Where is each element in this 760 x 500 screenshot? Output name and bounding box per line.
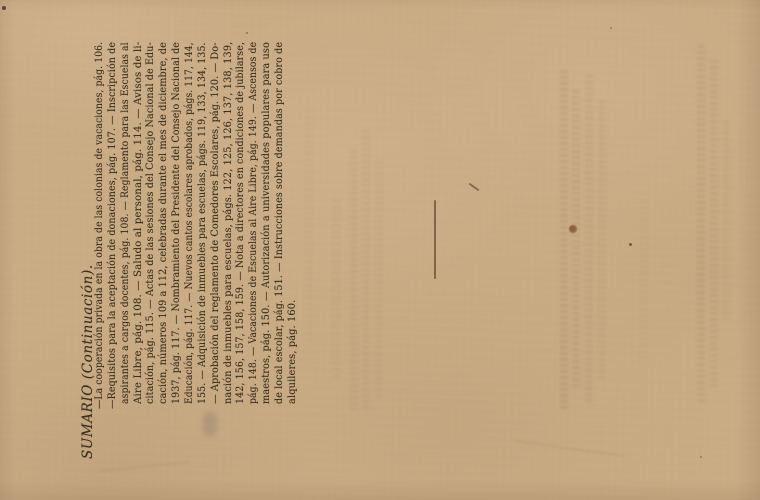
toc-line-16: alquileres, pág. 160.: [287, 42, 300, 409]
toc-line-9: 155. — Adquisición de inmuebles para esc…: [197, 42, 210, 409]
toc-line-11: nación de inmuebles para escuelas, págs.…: [223, 42, 236, 409]
toc-line-1: —La cooperación privada en la obra de la…: [94, 42, 107, 409]
separator-rule: [434, 200, 436, 279]
toc-line-14: maestros, pág. 150. — Autorización a uni…: [261, 42, 274, 409]
toc-line-15: de local escolar, pág. 151. — Instruccio…: [274, 42, 287, 409]
toc-line-7: 1937, pág. 117. — Nombramiento del Presi…: [171, 42, 184, 409]
scanned-book-page: SUMARIO (Continuación). —La cooperación …: [0, 0, 760, 500]
toc-line-4: Aire Libre, pág. 108. — Saludo al person…: [133, 42, 146, 409]
toc-line-8: Educación, pág. 117. — Nuevos cantos esc…: [184, 42, 197, 409]
toc-line-5: citación, pág. 115. — Actas de las sesio…: [145, 42, 158, 409]
toc-line-6: cación, números 109 a 112, celebradas du…: [158, 42, 171, 409]
toc-line-12: 142, 156, 157, 158, 159. — Nota a direct…: [235, 42, 248, 409]
summary-paragraph: —La cooperación privada en la obra de la…: [94, 42, 300, 409]
toc-line-2: —Requisitos para la aceptación de donaci…: [107, 42, 120, 409]
toc-line-10: — Aprobación del reglamento de Comedores…: [210, 42, 223, 409]
page-content-rotated: SUMARIO (Continuación). —La cooperación …: [0, 0, 760, 500]
toc-line-3: aspirantes a cargos docentes, pág. 108. …: [120, 42, 133, 409]
toc-line-13: pág. 148. — Vacaciones de Escuelas al Ai…: [248, 42, 261, 409]
